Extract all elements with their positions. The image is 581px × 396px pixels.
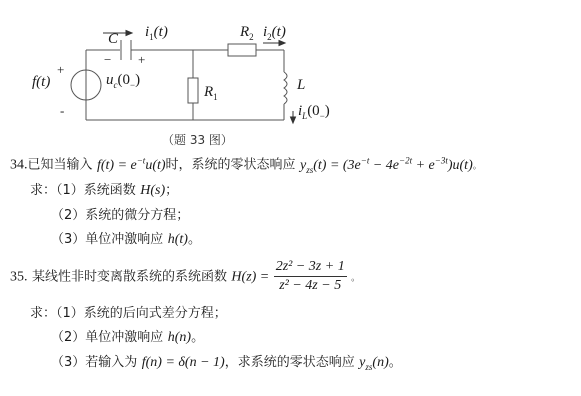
capacitor-plus-sign: + (138, 52, 145, 68)
question-35-item-2: （2）单位冲激响应 h(n)。 (51, 328, 204, 347)
capacitor-minus-sign: − (104, 52, 111, 68)
question-34-item-3: （3）单位冲激响应 h(t)。 (51, 230, 201, 249)
question-34-item-2: （2）系统的微分方程； (51, 206, 189, 225)
circuit-diagram: f(t) + - C − + uc(0−) i1(t) R1 R2 i2(t) … (0, 0, 340, 125)
question-number: 34. (10, 158, 28, 173)
transfer-function-fraction: 2z² − 3z + 1 z² − 4z − 5 (274, 258, 347, 295)
capacitor-initial-voltage: uc(0−) (106, 70, 140, 90)
zero-state-response: yzs(t) = (3e−t − 4e−2t + e−3t)u(t) (300, 158, 473, 173)
inductor-initial-current: iL(0−) (298, 101, 330, 121)
question-34-item-1: 求：（1）系统函数 H(s)； (30, 181, 178, 200)
question-number: 35. (10, 270, 28, 285)
current-i2-label: i2(t) (263, 22, 286, 42)
question-34-statement: 34.已知当输入 f(t) = e−tu(t)时，系统的零状态响应 yzs(t)… (10, 151, 482, 178)
denominator: z² − 4z − 5 (274, 277, 347, 295)
circuit-schematic (0, 0, 340, 125)
question-35-statement: 35. 某线性非时变离散系统的系统函数 H(z) = 2z² − 3z + 1 … (10, 258, 360, 295)
transfer-function-lhs: H(z) = (231, 270, 269, 285)
source-label: f(t) (32, 74, 50, 91)
resistor-r2-label: R2 (240, 22, 254, 42)
capacitor-label: C (108, 31, 118, 48)
inductor-label: L (297, 77, 305, 94)
numerator: 2z² − 3z + 1 (274, 258, 347, 277)
input-signal: f(t) = e−tu(t) (97, 158, 166, 173)
figure-caption: （题 33 图） (162, 131, 233, 148)
current-i1-label: i1(t) (145, 22, 168, 42)
question-35-item-1: 求：（1）系统的后向式差分方程； (30, 304, 227, 323)
question-35-item-3: （3）若输入为 f(n) = δ(n − 1)，求系统的零状态响应 yzs(n)… (51, 353, 402, 376)
source-plus-sign: + (57, 62, 64, 78)
source-minus-sign: - (60, 103, 64, 119)
resistor-r1-label: R1 (204, 82, 218, 102)
